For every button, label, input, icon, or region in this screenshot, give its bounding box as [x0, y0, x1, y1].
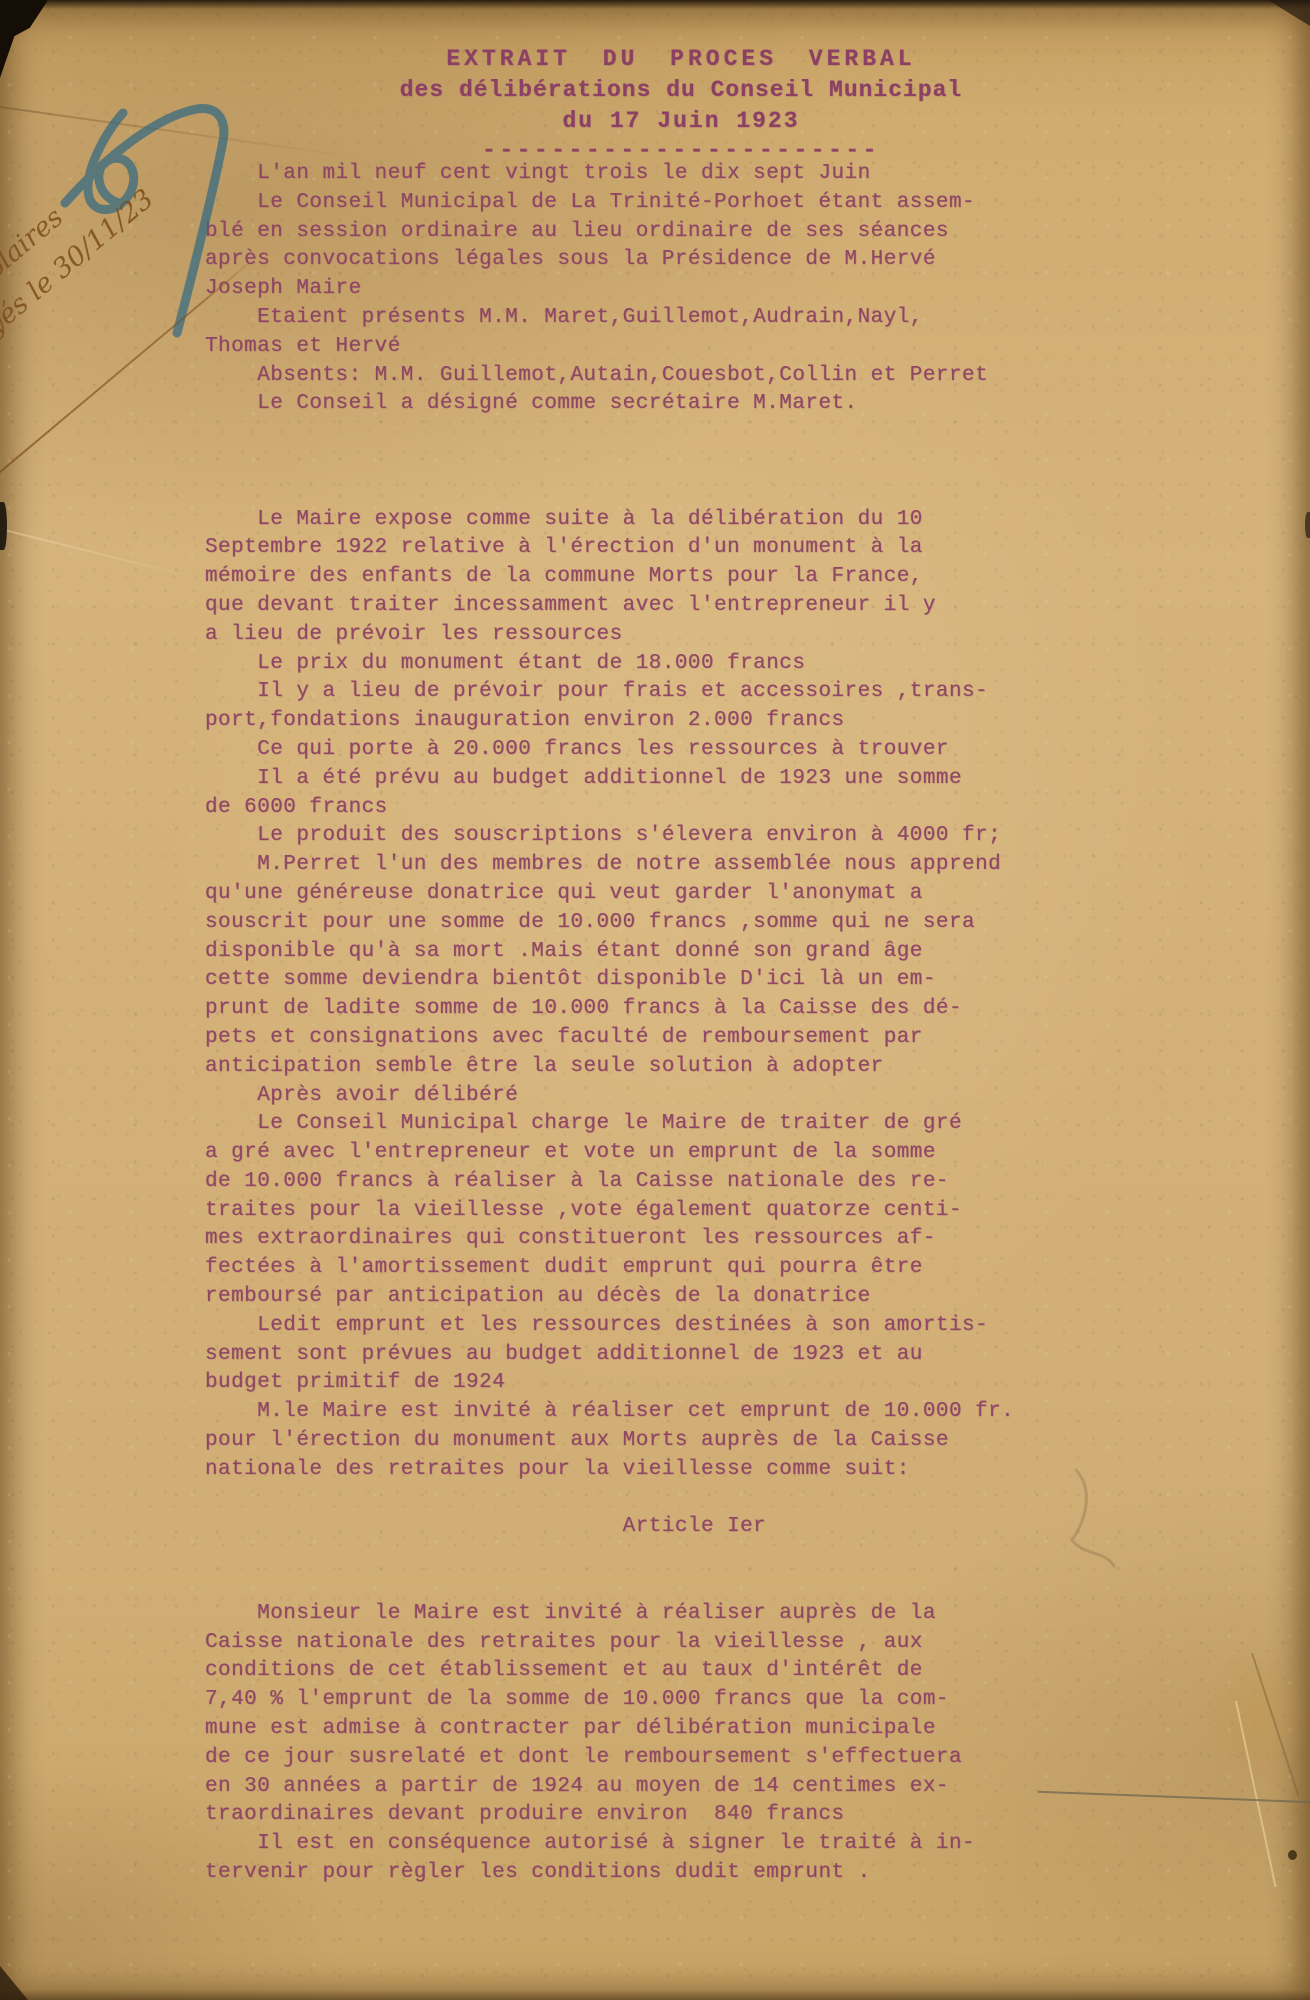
ink-speck [1288, 1850, 1297, 1860]
paper-crease [0, 528, 214, 583]
paper-edge-shadow [0, 0, 1310, 9]
torn-corner [0, 1966, 28, 2000]
torn-corner [1268, 0, 1310, 26]
pencil-squiggle [1052, 1462, 1142, 1572]
paper-edge-shadow [0, 1990, 1310, 2000]
document-title: EXTRAIT DU PROCES VERBAL [281, 44, 1081, 75]
document-date: du 17 Juin 1923 [281, 106, 1081, 137]
edge-nick [0, 502, 7, 550]
typed-body-text: L'an mil neuf cent vingt trois le dix se… [205, 160, 1014, 1888]
pencil-underline [1038, 1791, 1310, 1804]
document-header: EXTRAIT DU PROCES VERBAL des délibératio… [281, 44, 1081, 163]
edge-nick [1305, 512, 1310, 538]
scanned-document-page: EXTRAIT DU PROCES VERBAL des délibératio… [0, 0, 1310, 2000]
torn-corner [0, 0, 48, 82]
document-subtitle: des délibérations du Conseil Municipal [281, 75, 1081, 106]
